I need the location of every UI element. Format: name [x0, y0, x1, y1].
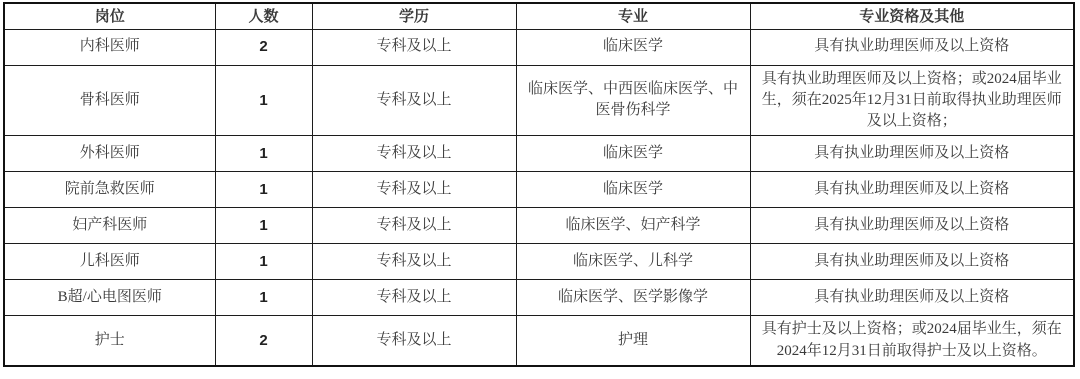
cell-count: 1	[215, 136, 312, 172]
cell-education: 专科及以上	[312, 172, 516, 208]
header-major: 专业	[516, 3, 750, 29]
cell-position: 院前急救医师	[4, 172, 215, 208]
table-row: 内科医师2专科及以上临床医学具有执业助理医师及以上资格	[4, 29, 1074, 65]
cell-position: 护士	[4, 316, 215, 366]
cell-count: 2	[215, 29, 312, 65]
cell-major: 临床医学	[516, 29, 750, 65]
cell-qualification: 具有执业助理医师及以上资格	[750, 244, 1074, 280]
cell-major: 临床医学、儿科学	[516, 244, 750, 280]
cell-qualification: 具有执业助理医师及以上资格	[750, 136, 1074, 172]
cell-education: 专科及以上	[312, 29, 516, 65]
cell-position: 儿科医师	[4, 244, 215, 280]
cell-qualification: 具有护士及以上资格；或2024届毕业生，须在2024年12月31日前取得护士及以…	[750, 316, 1074, 366]
cell-position: 内科医师	[4, 29, 215, 65]
cell-qualification: 具有执业助理医师及以上资格	[750, 172, 1074, 208]
table-header: 岗位 人数 学历 专业 专业资格及其他	[4, 3, 1074, 29]
cell-position: 妇产科医师	[4, 208, 215, 244]
cell-qualification: 具有执业助理医师及以上资格；或2024届毕业生，须在2025年12月31日前取得…	[750, 65, 1074, 136]
header-education: 学历	[312, 3, 516, 29]
cell-education: 专科及以上	[312, 136, 516, 172]
header-row: 岗位 人数 学历 专业 专业资格及其他	[4, 3, 1074, 29]
table-row: 妇产科医师1专科及以上临床医学、妇产科学具有执业助理医师及以上资格	[4, 208, 1074, 244]
cell-position: B超/心电图医师	[4, 280, 215, 316]
cell-major: 护理	[516, 316, 750, 366]
cell-position: 骨科医师	[4, 65, 215, 136]
table-body: 内科医师2专科及以上临床医学具有执业助理医师及以上资格骨科医师1专科及以上临床医…	[4, 29, 1074, 366]
table-row: 儿科医师1专科及以上临床医学、儿科学具有执业助理医师及以上资格	[4, 244, 1074, 280]
cell-education: 专科及以上	[312, 316, 516, 366]
table-row: 外科医师1专科及以上临床医学具有执业助理医师及以上资格	[4, 136, 1074, 172]
cell-education: 专科及以上	[312, 280, 516, 316]
cell-education: 专科及以上	[312, 208, 516, 244]
cell-education: 专科及以上	[312, 65, 516, 136]
cell-count: 1	[215, 172, 312, 208]
cell-count: 1	[215, 65, 312, 136]
cell-major: 临床医学	[516, 136, 750, 172]
cell-qualification: 具有执业助理医师及以上资格	[750, 208, 1074, 244]
cell-count: 1	[215, 280, 312, 316]
cell-position: 外科医师	[4, 136, 215, 172]
header-qualification: 专业资格及其他	[750, 3, 1074, 29]
cell-major: 临床医学、医学影像学	[516, 280, 750, 316]
recruitment-page: 岗位 人数 学历 专业 专业资格及其他 内科医师2专科及以上临床医学具有执业助理…	[0, 0, 1080, 379]
header-count: 人数	[215, 3, 312, 29]
cell-qualification: 具有执业助理医师及以上资格	[750, 29, 1074, 65]
table-row: B超/心电图医师1专科及以上临床医学、医学影像学具有执业助理医师及以上资格	[4, 280, 1074, 316]
cell-qualification: 具有执业助理医师及以上资格	[750, 280, 1074, 316]
recruitment-table: 岗位 人数 学历 专业 专业资格及其他 内科医师2专科及以上临床医学具有执业助理…	[3, 2, 1075, 367]
cell-major: 临床医学、妇产科学	[516, 208, 750, 244]
cell-major: 临床医学、中西医临床医学、中医骨伤科学	[516, 65, 750, 136]
table-row: 护士2专科及以上护理具有护士及以上资格；或2024届毕业生，须在2024年12月…	[4, 316, 1074, 366]
cell-major: 临床医学	[516, 172, 750, 208]
table-row: 院前急救医师1专科及以上临床医学具有执业助理医师及以上资格	[4, 172, 1074, 208]
cell-count: 1	[215, 244, 312, 280]
cell-education: 专科及以上	[312, 244, 516, 280]
table-row: 骨科医师1专科及以上临床医学、中西医临床医学、中医骨伤科学具有执业助理医师及以上…	[4, 65, 1074, 136]
header-position: 岗位	[4, 3, 215, 29]
cell-count: 2	[215, 316, 312, 366]
cell-count: 1	[215, 208, 312, 244]
